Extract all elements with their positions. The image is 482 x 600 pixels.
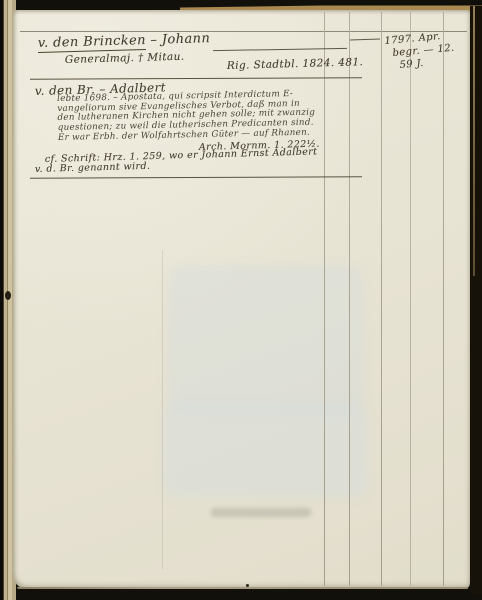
page-bottom-edge [17,587,468,590]
page-edge-sliver [473,6,475,276]
entry1-reference: Rig. Stadtbl. 1824. 481. [227,56,364,72]
entry1-headline: v. den Brincken – Johann [38,31,211,51]
entry1-surname-underlined: v. den Brincken [38,33,147,53]
binding-stitch [5,291,11,300]
column-rule-5 [443,12,444,586]
entry-separator-2 [30,176,362,179]
entry1-fill-line [213,48,347,51]
scanned-register-photo: v. den Brincken – Johann Generalmaj. † M… [0,0,482,600]
entry1-column-dash [350,38,380,40]
entry1-firstname: – Johann [150,31,210,48]
entry1-subline: Generalmaj. † Mitau. [65,51,185,66]
show-through-text-smudge [211,508,311,517]
entry1-margin-age: 59 J. [399,58,424,71]
column-rule-3 [381,12,382,586]
column-rule-1 [324,12,325,586]
column-rule-2 [349,12,350,586]
register-page: v. den Brincken – Johann Generalmaj. † M… [13,10,470,589]
entry2-body: lebte 1698. – Apostata, qui scripsit Int… [57,90,316,144]
entry2-note-line2: v. d. Br. genannt wird. [35,161,151,175]
show-through-block-upper [168,265,363,415]
show-through-block-lower [163,402,368,498]
top-margin-rule [20,31,467,32]
entry-separator-1 [30,77,362,80]
column-rule-4 [410,12,411,586]
paper-crease [162,250,163,569]
underlying-page-edges-right [470,6,482,594]
